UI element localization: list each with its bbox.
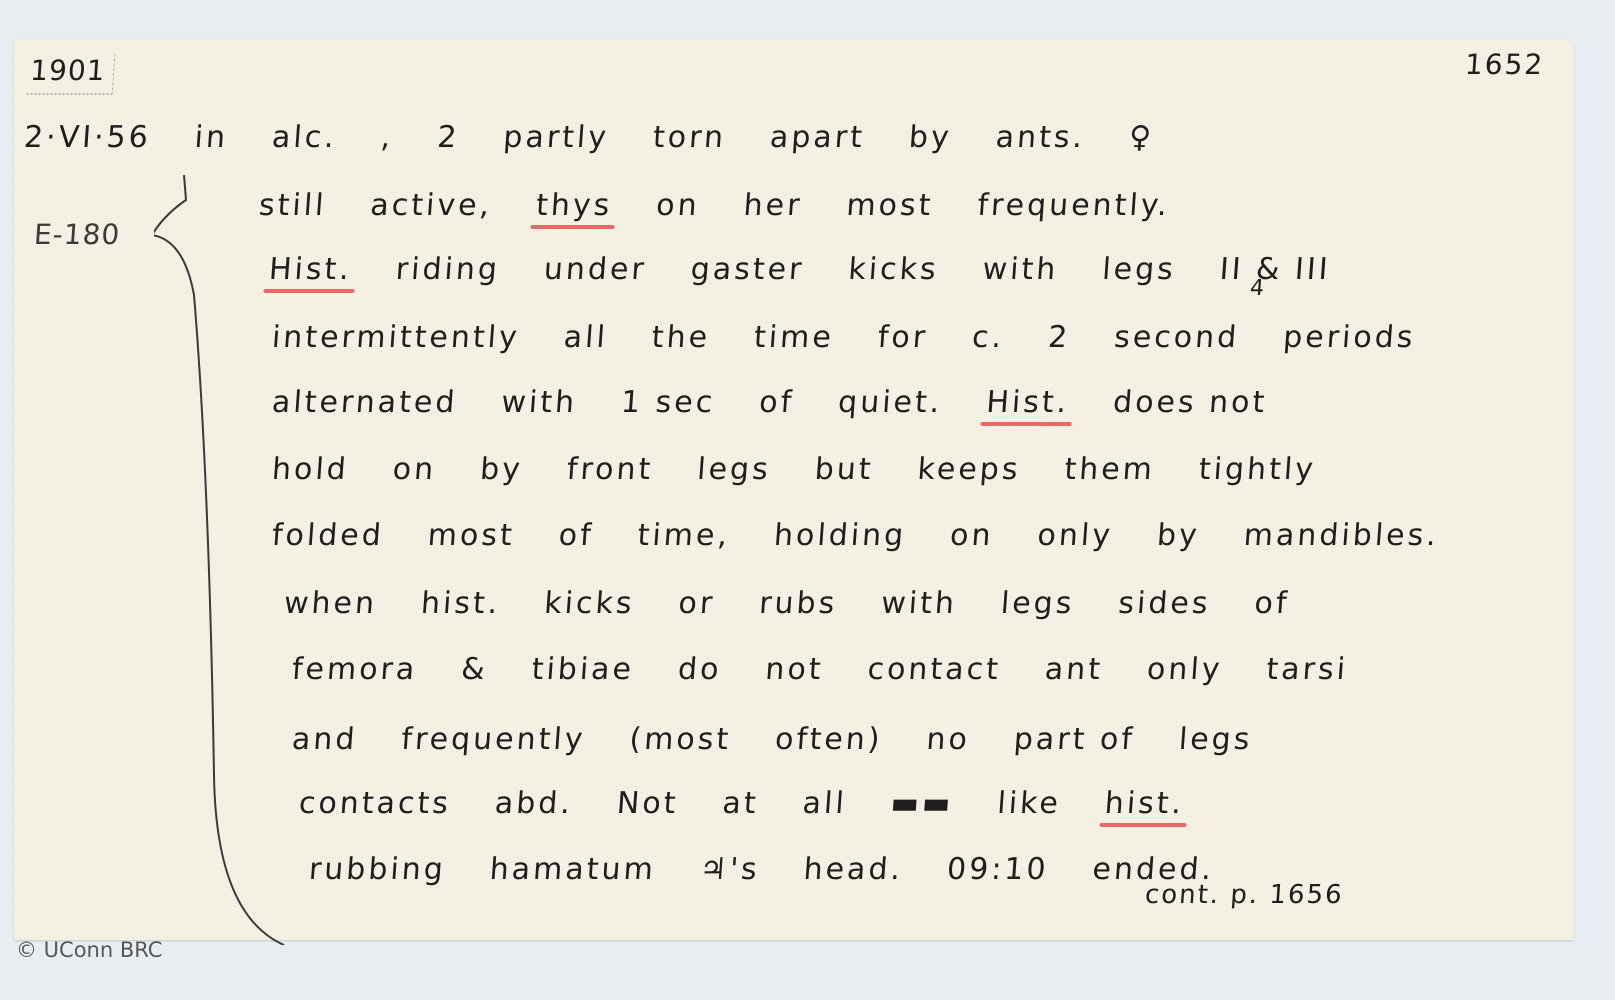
note-word: legs (1178, 722, 1254, 757)
note-word: only (1036, 518, 1114, 553)
note-word: ♃'s (699, 852, 761, 887)
note-word: hold (271, 452, 350, 487)
note-word: intermittently (271, 320, 521, 355)
note-word: abd. (494, 786, 574, 821)
note-word: most (427, 518, 516, 553)
note-word: head. (802, 852, 904, 887)
note-word: when (283, 586, 378, 621)
note-word: mandibles. (1243, 518, 1440, 553)
note-word: part of (1013, 722, 1136, 757)
note-word: by (1156, 518, 1201, 553)
note-line: Hist.ridingundergasterkickswithlegsII & … (268, 252, 1376, 287)
note-word: and (291, 722, 359, 757)
underlined-word: Hist. (268, 252, 353, 287)
note-word: legs (696, 452, 772, 487)
note-word: all (801, 786, 848, 821)
note-word: apart (769, 120, 866, 155)
note-word: hist. (420, 586, 502, 621)
note-word: folded (271, 518, 385, 553)
index-card: 1901 1652 E-180 2·VI·56inalc.,2partlytor… (14, 40, 1574, 940)
underlined-word: hist. (1104, 786, 1186, 821)
note-word: ▬▬ (889, 786, 954, 821)
note-word: tibiae (531, 652, 636, 687)
note-word: but (814, 452, 875, 487)
note-word: tightly (1198, 452, 1317, 487)
note-word: alc. (271, 120, 338, 155)
specimen-label: E-180 (33, 218, 122, 251)
note-word: all (563, 320, 610, 355)
note-line: alternatedwith1 secofquiet.Hist.does not (271, 385, 1313, 420)
note-word: under (543, 252, 648, 287)
note-word: frequently (400, 722, 587, 757)
note-word: them (1063, 452, 1156, 487)
note-word: of (1253, 586, 1290, 621)
note-word: does not (1112, 385, 1269, 420)
note-line: whenhist.kicksorrubswithlegssidesof (283, 586, 1335, 621)
note-line: rubbinghamatum♃'shead.09:10ended. (308, 852, 1260, 887)
note-word: still (258, 188, 328, 223)
note-line: holdonbyfrontlegsbutkeepsthemtightly (271, 452, 1361, 487)
note-word: c. (971, 320, 1005, 355)
card-page-number: 1652 (1464, 48, 1546, 81)
note-word: Not (616, 786, 680, 821)
note-word: with (981, 252, 1059, 287)
note-word: II & III (1219, 252, 1332, 287)
note-word: at (721, 786, 760, 821)
underlined-word: thys (535, 188, 614, 223)
note-line: 2·VI·56inalc.,2partlytornapartbyants.♀ (23, 120, 1199, 155)
note-word: no (925, 722, 971, 757)
note-word: her (742, 188, 803, 223)
note-line: femora&tibiaedonotcontactantonlytarsi (291, 652, 1393, 687)
note-word: second (1113, 320, 1240, 355)
note-word: for (877, 320, 930, 355)
note-line: andfrequently(mostoften)nopart oflegs (291, 722, 1298, 757)
note-word: often) (774, 722, 884, 757)
note-word: (most (628, 722, 732, 757)
note-word: the (651, 320, 712, 355)
note-word: hamatum (489, 852, 657, 887)
note-word: in (193, 120, 229, 155)
note-word: keeps (916, 452, 1021, 487)
note-word: tarsi (1265, 652, 1349, 687)
note-word: of (558, 518, 595, 553)
note-word: quiet. (837, 385, 944, 420)
note-word: ants. (995, 120, 1087, 155)
note-line: foldedmostoftime,holdingononlybymandible… (271, 518, 1484, 553)
note-word: or (677, 586, 716, 621)
note-word: time (753, 320, 835, 355)
underlined-word: Hist. (985, 385, 1070, 420)
note-word: holding (773, 518, 908, 553)
note-word: time, (636, 518, 731, 553)
note-word: frequently. (976, 188, 1171, 223)
note-word: femora (291, 652, 419, 687)
note-word: contact (866, 652, 1002, 687)
note-word: by (479, 452, 524, 487)
copyright-watermark: © UConn BRC (16, 938, 162, 962)
note-word: alternated (271, 385, 459, 420)
note-line: intermittentlyallthetimeforc.2secondperi… (271, 320, 1461, 355)
note-word: 2 (1047, 320, 1072, 355)
note-word: kicks (543, 586, 636, 621)
note-word: most (845, 188, 934, 223)
note-word: do (677, 652, 723, 687)
note-word: sides (1117, 586, 1212, 621)
note-word: of (758, 385, 795, 420)
note-word: like (996, 786, 1062, 821)
note-word: kicks (847, 252, 940, 287)
note-word: by (908, 120, 953, 155)
note-word: active, (369, 188, 493, 223)
note-word: partly (502, 120, 610, 155)
note-line: contactsabd.Notatall▬▬likehist. (298, 786, 1230, 821)
note-word: with (500, 385, 578, 420)
note-word: on (655, 188, 701, 223)
note-word: 09:10 (946, 852, 1050, 887)
note-word: legs (1101, 252, 1177, 287)
note-word: only (1146, 652, 1224, 687)
note-word: riding (395, 252, 502, 287)
note-word: not (764, 652, 825, 687)
note-word: , (380, 120, 395, 155)
note-line: stillactive,thysonhermostfrequently. (258, 188, 1215, 223)
insert-mark: 4 (1249, 276, 1268, 301)
note-word: on (949, 518, 995, 553)
note-word: 2·VI·56 (23, 120, 152, 155)
card-catalog-number: 1901 (27, 54, 116, 95)
note-word: ♀ (1128, 120, 1155, 155)
note-word: with (880, 586, 958, 621)
note-word: torn (652, 120, 727, 155)
note-word: 2 (436, 120, 461, 155)
note-word: periods (1282, 320, 1417, 355)
note-word: front (566, 452, 655, 487)
note-word: rubs (758, 586, 838, 621)
note-word: on (392, 452, 438, 487)
note-word: contacts (298, 786, 452, 821)
note-word: & (460, 652, 489, 687)
note-word: gaster (690, 252, 806, 287)
note-word: ant (1044, 652, 1105, 687)
continuation-note: cont. p. 1656 (1144, 880, 1345, 910)
note-word: 1 sec (620, 385, 717, 420)
note-word: legs (1000, 586, 1076, 621)
note-word: rubbing (308, 852, 447, 887)
